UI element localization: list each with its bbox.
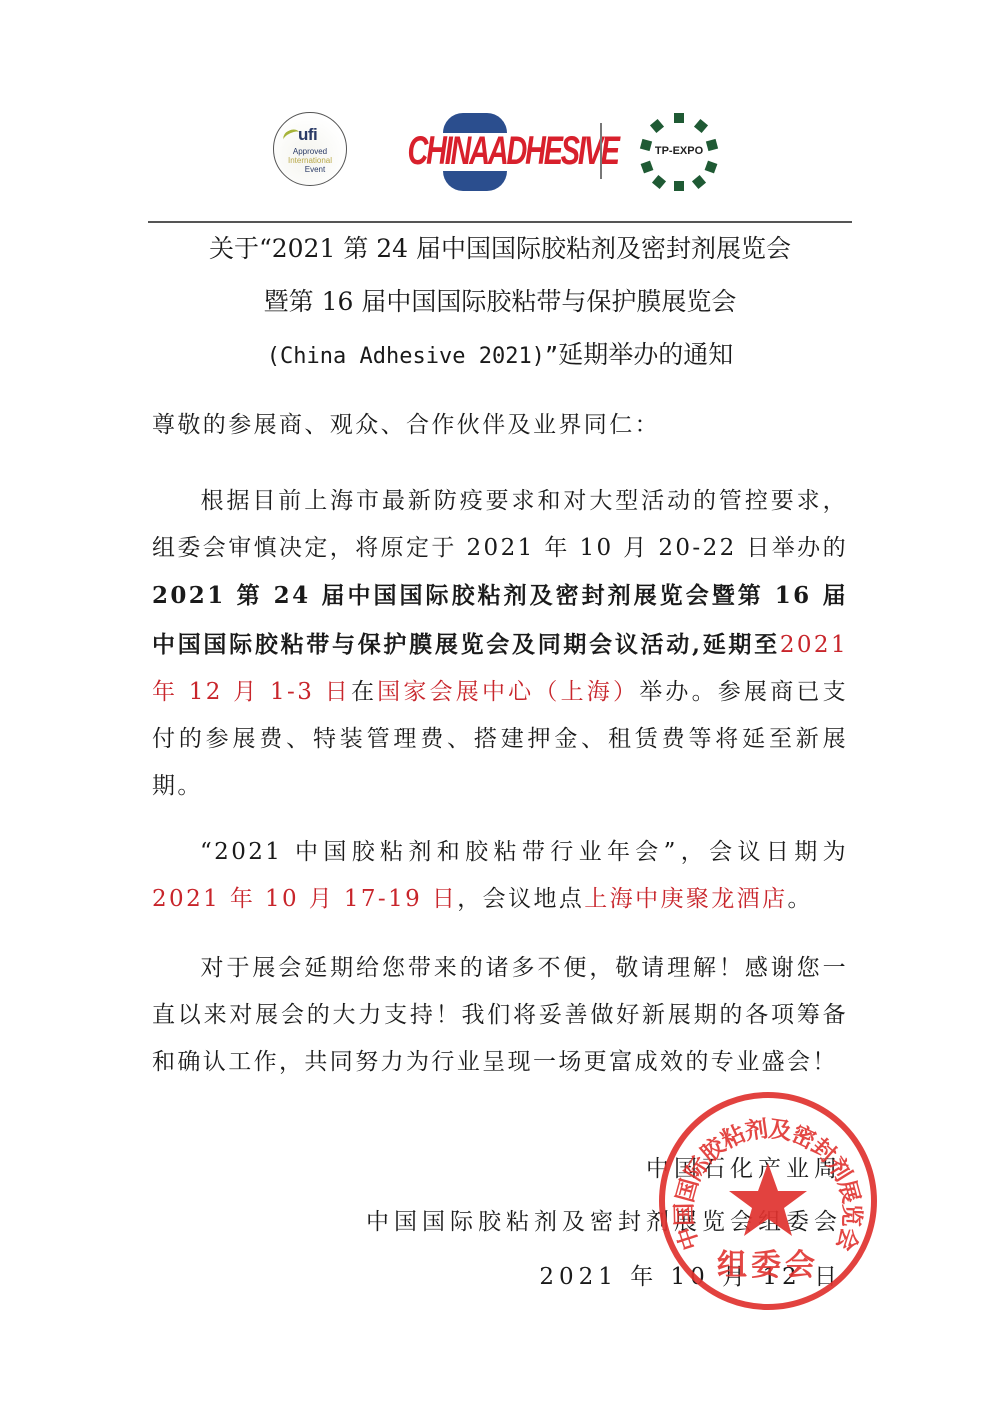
paragraph-apology: 对于展会延期给您带来的诸多不便，敬请理解！感谢您一直以来对展会的大力支持！我们将… [152, 945, 848, 1087]
title-cjk-part: 延期举办的通知 [558, 340, 733, 369]
ufi-approved-event-logo: ufi Approved International Event [273, 112, 347, 186]
p2-end: 。 [787, 886, 812, 912]
p1-event-names: 2021 第 24 届中国国际胶粘剂及密封剂展览会暨第 16 届中国国际胶粘带与… [152, 582, 848, 657]
p2-meeting-venue: 上海中庚聚龙酒店 [584, 886, 787, 912]
tp-ring-segment [705, 161, 718, 174]
ufi-line-international: International [274, 156, 346, 165]
ufi-line-approved: Approved [274, 147, 346, 156]
tp-ring-segment [692, 175, 706, 189]
p1-in: 在 [351, 679, 377, 705]
header-rule [148, 221, 852, 223]
title-line-2: 暨第 16 届中国国际胶粘带与保护膜展览会 [0, 287, 1000, 317]
logo-divider [600, 123, 602, 179]
china-adhesive-logo: CHINAADHESIVE [380, 113, 576, 191]
p1-new-venue: 国家会展中心（上海） [377, 679, 639, 705]
tp-ring-segment [641, 161, 654, 174]
signature-org-1: 中国石化产业周 [646, 1154, 842, 1184]
signature-date: 2021 年 10 月 12 日 [539, 1262, 842, 1292]
p2-meeting-dates: 2021 年 10 月 17-19 日 [152, 886, 457, 912]
signature-org-2: 中国国际胶粘剂及密封剂展览会组委会 [366, 1207, 842, 1237]
paragraph-annual-meeting: “2021 中国胶粘剂和胶粘带行业年会”，会议日期为 2021 年 10 月 1… [152, 829, 848, 923]
tp-ring-segment [694, 119, 708, 133]
tp-expo-text: TP-EXPO [640, 145, 718, 157]
title-line-1: 关于“2021 第 24 届中国国际胶粘剂及密封剂展览会 [0, 234, 1000, 264]
title-line-3: (China Adhesive 2021)”延期举办的通知 [0, 340, 1000, 372]
p1-intro: 根据目前上海市最新防疫要求和对大型活动的管控要求，组委会审慎决定，将原定于 20… [152, 488, 848, 561]
ufi-line-event: Event [274, 165, 346, 174]
p2-meeting-name: “2021 中国胶粘剂和胶粘带行业年会”，会议日期为 [200, 839, 848, 865]
title-latin-part: (China Adhesive 2021)” [267, 344, 558, 369]
p2-venue-label: ，会议地点 [457, 886, 584, 912]
tp-expo-logo: TP-EXPO [640, 113, 718, 191]
salutation: 尊敬的参展商、观众、合作伙伴及业界同仁： [152, 402, 848, 449]
tp-ring-segment [652, 175, 666, 189]
china-adhesive-wordmark: CHINAADHESIVE [407, 130, 548, 172]
tp-ring-segment [674, 181, 684, 191]
p3-text: 对于展会延期给您带来的诸多不便，敬请理解！感谢您一直以来对展会的大力支持！我们将… [152, 955, 848, 1075]
tp-ring-segment [674, 113, 684, 123]
paragraph-postponement: 根据目前上海市最新防疫要求和对大型活动的管控要求，组委会审慎决定，将原定于 20… [152, 478, 848, 810]
logo-disc-bottom [443, 171, 507, 191]
ufi-mark: ufi [298, 125, 317, 145]
tp-ring-segment [650, 119, 664, 133]
